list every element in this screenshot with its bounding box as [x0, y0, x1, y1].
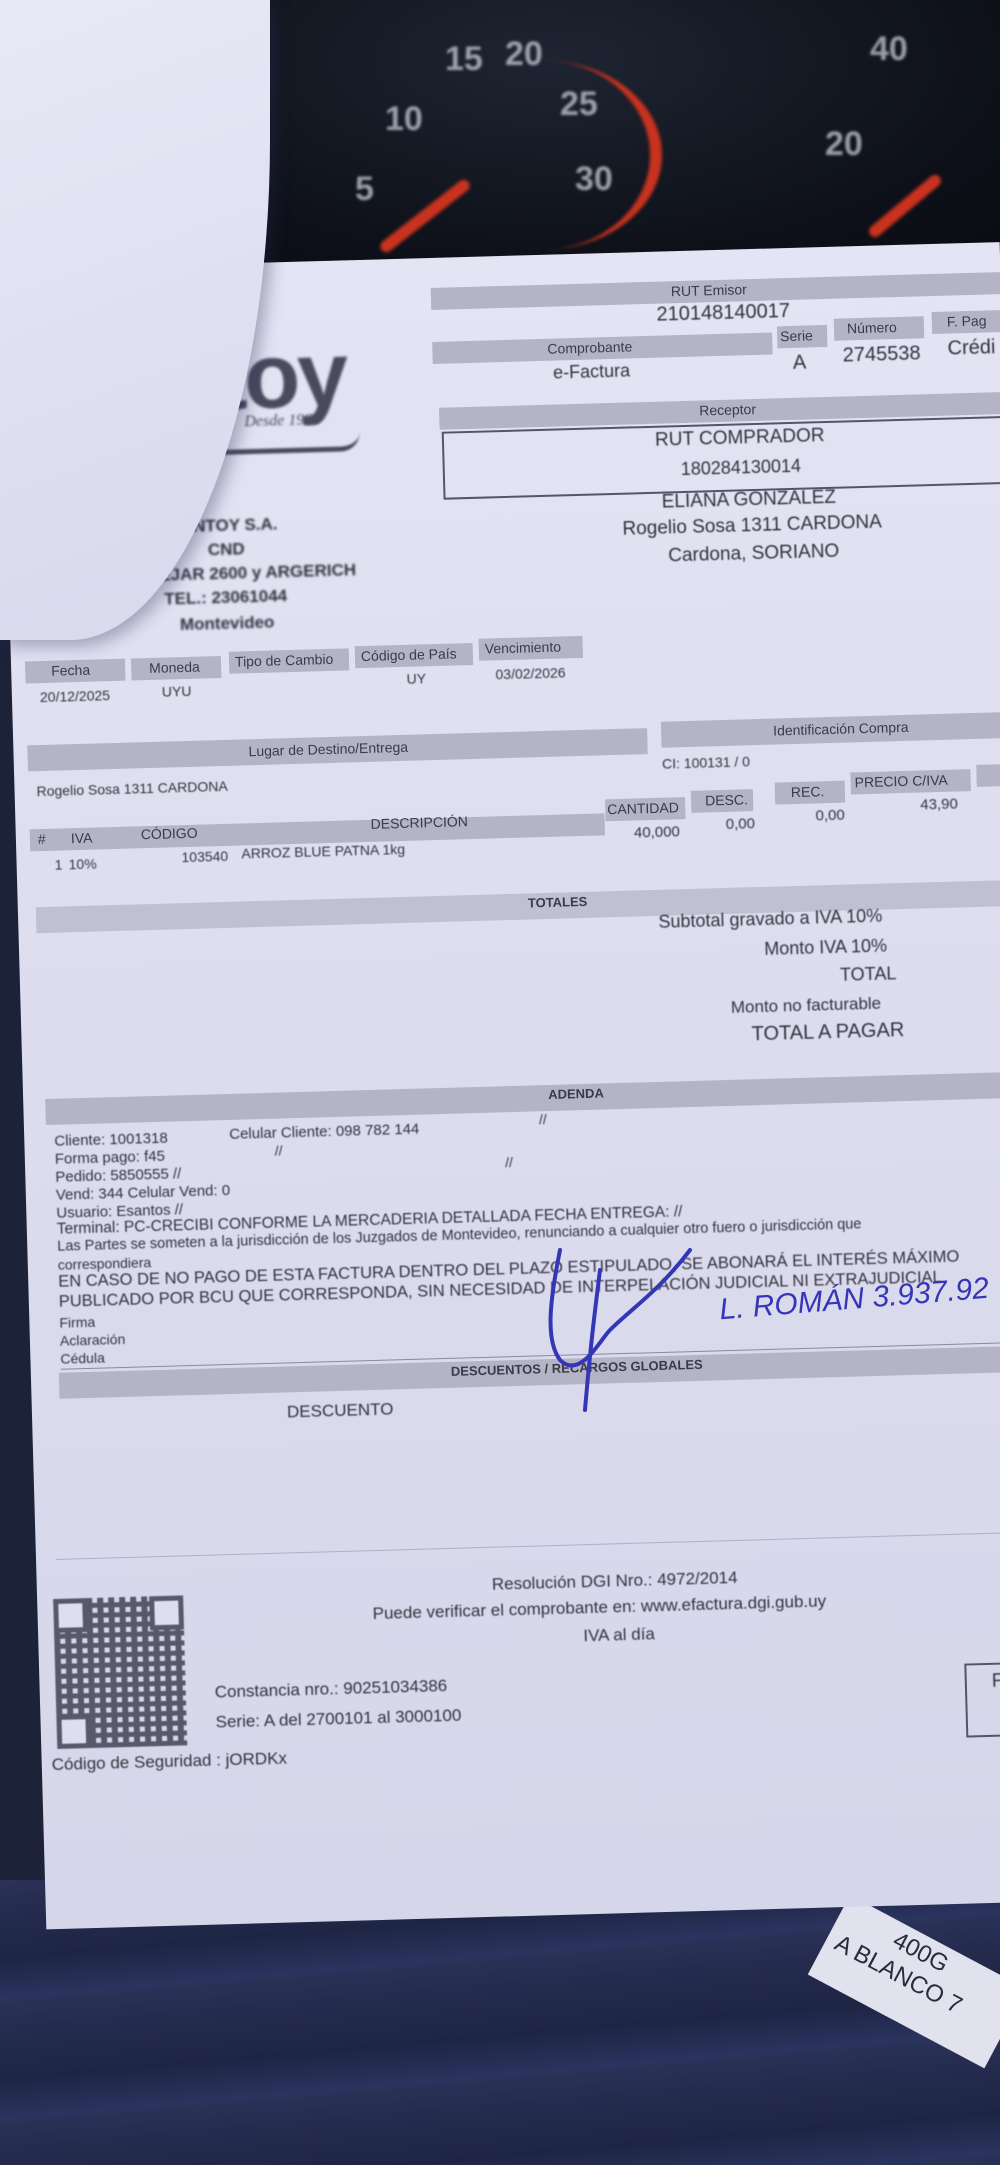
receptor-name: ELIANA GONZALEZ [661, 487, 836, 514]
col-header: IVA [71, 830, 93, 847]
codigo-pais-header: Código de País [361, 645, 457, 664]
fecha-box-label: Fech [992, 1670, 1000, 1693]
fecha-value: 20/12/2025 [40, 687, 110, 705]
adenda-cliente: Cliente: 1001318 [54, 1130, 168, 1150]
items-header-cell [976, 764, 1000, 787]
adenda-separator: // [274, 1142, 282, 1158]
adenda-separator: // [539, 1111, 547, 1127]
item-rec: 0,00 [815, 807, 845, 825]
adenda-forma-pago: Forma pago: f45 [55, 1148, 165, 1168]
serie-rango: Serie: A del 2700101 al 3000100 [215, 1706, 461, 1733]
descuento-item: DESCUENTO [287, 1399, 394, 1422]
gauge-number: 20 [825, 125, 863, 164]
adenda-header-bar [45, 1071, 1000, 1125]
col-header: DESC. [705, 791, 748, 808]
col-header: PRECIO C/IVA [854, 772, 948, 791]
firma-label: Firma [59, 1314, 95, 1331]
total-label: TOTAL [840, 963, 897, 986]
qr-code[interactable] [53, 1595, 187, 1749]
codigo-pais-value: UY [406, 670, 426, 687]
codigo-seguridad: Código de Seguridad : jORDKx [51, 1749, 287, 1776]
gauge-redline-arc [420, 60, 662, 250]
rut-emisor-value: 210148140017 [656, 300, 790, 327]
numero-label: Número [847, 319, 897, 336]
gauge-needle [867, 172, 944, 239]
resolucion-dgi: Resolución DGI Nro.: 4972/2014 [492, 1568, 738, 1595]
rut-emisor-label: RUT Emisor [671, 281, 747, 299]
destino-value: Rogelio Sosa 1311 CARDONA [36, 778, 228, 799]
numero-value: 2745538 [842, 342, 920, 367]
cedula-label: Cédula [60, 1350, 105, 1367]
moneda-value: UYU [162, 683, 192, 700]
vencimiento-value: 03/02/2026 [495, 664, 565, 682]
receptor-city: Cardona, SORIANO [668, 541, 840, 568]
rut-comprador-label: RUT COMPRADOR [655, 425, 825, 452]
rut-comprador-value: 180284130014 [681, 456, 802, 480]
receptor-address: Rogelio Sosa 1311 CARDONA [622, 511, 882, 540]
verificar-comprobante[interactable]: Puede verificar el comprobante en: www.e… [372, 1591, 826, 1624]
col-header: # [38, 831, 46, 847]
identificacion-value: CI: 100131 / 0 [662, 753, 750, 771]
iva-al-dia: IVA al día [583, 1624, 655, 1646]
total-a-pagar-label: TOTAL A PAGAR [751, 1019, 904, 1046]
comprobante-label: Comprobante [547, 338, 632, 356]
gauge-number: 10 [385, 100, 423, 139]
col-header: CANTIDAD [607, 799, 679, 817]
logo-tagline: Desde 1980 [244, 411, 320, 431]
vencimiento-header: Vencimiento [485, 638, 562, 656]
col-header: DESCRIPCIÓN [370, 813, 468, 832]
monto-iva-label: Monto IVA 10% [764, 936, 887, 960]
item-cantidad: 40,000 [634, 823, 680, 841]
item-codigo: 103540 [181, 848, 228, 865]
serie-label: Serie [780, 327, 813, 344]
fecha-header: Fecha [51, 662, 90, 679]
col-header: REC. [791, 783, 825, 800]
monto-no-facturable-label: Monto no facturable [731, 994, 882, 1018]
serie-value: A [793, 352, 807, 375]
item-precio: 43,90 [920, 795, 958, 813]
moneda-header: Moneda [149, 659, 200, 676]
item-iva: 10% [68, 856, 96, 873]
item-num: 1 [54, 856, 62, 872]
company-phone: TEL.: 23061044 [164, 586, 287, 609]
company-cnd: CND [208, 539, 245, 560]
tipo-cambio-header: Tipo de Cambio [235, 651, 334, 670]
forma-pago-label: F. Pag [947, 312, 987, 329]
adenda-separator: // [505, 1154, 513, 1170]
item-descripcion: ARROZ BLUE PATNA 1kg [241, 841, 405, 862]
qr-finder [149, 1595, 184, 1630]
handwritten-signature [540, 1210, 1000, 1430]
adenda-celular-cliente: Celular Cliente: 098 782 144 [229, 1121, 420, 1143]
adenda-label: ADENDA [548, 1085, 604, 1102]
aclaracion-label: Aclaración [60, 1331, 126, 1349]
totales-label: TOTALES [528, 894, 588, 911]
receptor-label: Receptor [699, 401, 756, 419]
qr-finder [53, 1598, 88, 1633]
comprobante-value: e-Factura [553, 360, 631, 383]
forma-pago-value: Crédi [947, 336, 995, 360]
company-city: Montevideo [180, 612, 275, 635]
footer-divider [56, 1531, 1000, 1560]
constancia-nro: Constancia nro.: 90251034386 [215, 1676, 448, 1702]
adenda-vend: Vend: 344 Celular Vend: 0 [56, 1182, 231, 1204]
qr-finder [56, 1714, 91, 1749]
gauge-number: 40 [870, 30, 908, 69]
col-header: CÓDIGO [141, 825, 198, 843]
item-desc: 0,00 [726, 815, 756, 833]
gauge-number: 5 [355, 170, 374, 209]
adenda-pedido: Pedido: 5850555 // [55, 1165, 181, 1186]
